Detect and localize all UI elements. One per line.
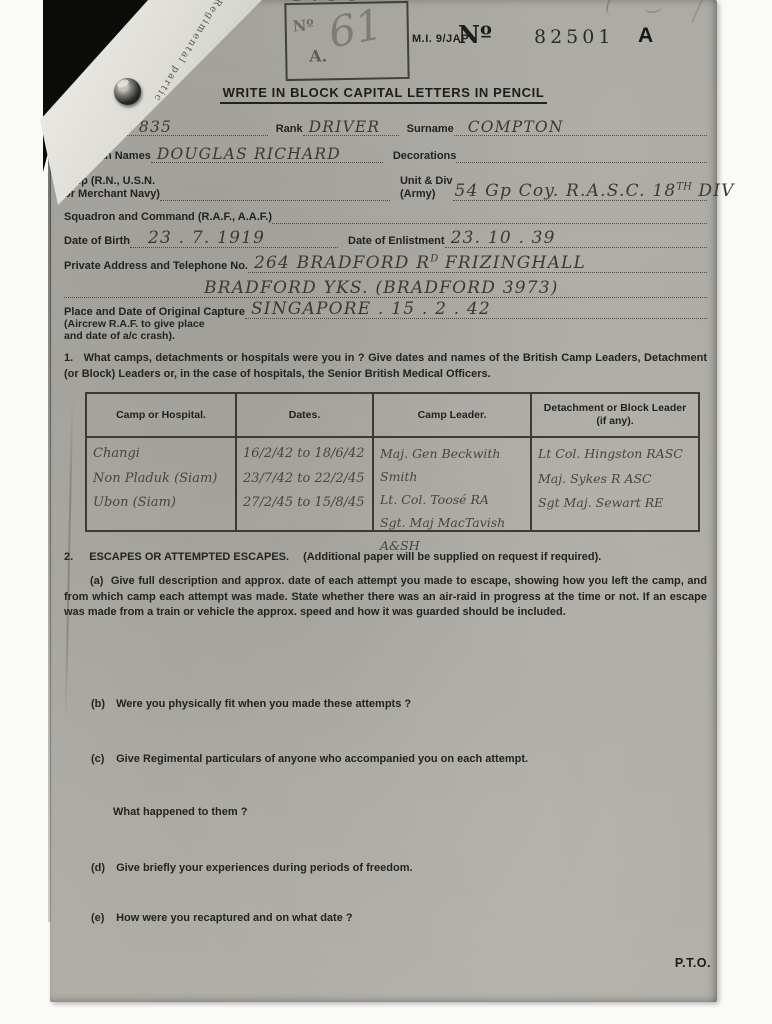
- dates-cell: 16/2/42 to 18/6/42: [243, 442, 366, 467]
- enlistment-label: Date of Enlistment: [348, 235, 445, 248]
- address-field: 264 BRADFORD RD FRIZINGHALL: [248, 254, 707, 273]
- enlistment-value: 23. 10 . 39: [451, 228, 556, 248]
- pencil-mark: [643, 1, 662, 14]
- surname-field: COMPTON: [454, 117, 707, 136]
- number-stamp-box: Nº A. 61: [284, 1, 409, 81]
- question-2b-label: (b): [91, 698, 113, 710]
- question-1-text: What camps, detachments or hospitals wer…: [64, 352, 707, 380]
- camp-cell: Non Pladuk (Siam): [93, 467, 229, 492]
- dob-value: 23 . 7. 1919: [148, 228, 265, 248]
- dates-cell: 27/2/45 to 15/8/45: [243, 491, 366, 516]
- dob-label: Date of Birth: [64, 235, 130, 248]
- address-value-line2: BRADFORD YKS. (BRADFORD 3973): [204, 278, 559, 298]
- number-symbol: Nº: [458, 20, 492, 49]
- question-2d-text: Give briefly your experiences during per…: [116, 862, 412, 874]
- camp-cell: Ubon (Siam): [93, 491, 229, 516]
- decorations-field: [456, 144, 707, 163]
- pencil-number: 61: [325, 0, 387, 57]
- question-1: 1. What camps, detachments or hospitals …: [64, 351, 707, 382]
- capture-note-line2: and date of a/c crash).: [64, 330, 175, 343]
- address-field-line2: BRADFORD YKS. (BRADFORD 3973): [64, 279, 707, 298]
- stamp-a-label: A.: [309, 46, 327, 65]
- row-capture: Place and Date of Original Capture SINGA…: [64, 299, 707, 319]
- capture-note-line1: (Aircrew R.A.F. to give place: [64, 318, 205, 331]
- question-2d-label: (d): [91, 862, 113, 874]
- capture-value: SINGAPORE . 15 . 2 . 42: [251, 299, 491, 319]
- question-2b: (b) Were you physically fit when you mad…: [91, 698, 411, 710]
- unit-div-label: Unit & Div (Army): [400, 175, 453, 201]
- pencil-mark: [604, 0, 622, 18]
- rank-field: DRIVER: [303, 117, 399, 136]
- detachment-cell: Maj. Sykes R ASC: [538, 467, 692, 492]
- row-address: Private Address and Telephone No. 264 BR…: [64, 249, 707, 273]
- enlistment-field: 23. 10 . 39: [445, 229, 707, 248]
- detachment-column: Lt Col. Hingston RASC Maj. Sykes R ASC S…: [532, 438, 698, 530]
- question-2c-followup: What happened to them ?: [113, 806, 247, 818]
- row-dates: Date of Birth 23 . 7. 1919 Date of Enlis…: [64, 226, 707, 248]
- detachment-cell: Lt Col. Hingston RASC: [538, 442, 692, 467]
- address-label: Private Address and Telephone No.: [64, 260, 248, 273]
- rank-value: DRIVER: [309, 118, 381, 136]
- pto-label: P.T.O.: [675, 956, 711, 970]
- question-2-heading: ESCAPES OR ATTEMPTED ESCAPES.: [89, 551, 289, 563]
- question-2c-label: (c): [91, 753, 113, 765]
- row-address-line2: BRADFORD YKS. (BRADFORD 3973): [64, 276, 707, 298]
- paper-fastener-icon: [114, 78, 141, 105]
- leader-column: Maj. Gen Beckwith Smith Lt. Col. Toosé R…: [374, 438, 532, 530]
- question-2-note: (Additional paper will be supplied on re…: [303, 551, 601, 563]
- detachment-cell: Sgt Maj. Sewart RE: [538, 491, 692, 516]
- col-header-leader: Camp Leader.: [374, 394, 532, 438]
- question-2e: (e) How were you recaptured and on what …: [91, 912, 353, 924]
- question-2-heading-row: 2. ESCAPES OR ATTEMPTED ESCAPES. (Additi…: [64, 551, 707, 563]
- question-2a: (a) Give full description and approx. da…: [64, 574, 707, 621]
- camp-cell: Changi: [93, 442, 229, 467]
- address-value-line1: 264 BRADFORD RD FRIZINGHALL: [254, 253, 586, 273]
- fold-stamp-text: Regimental partic: [151, 0, 224, 104]
- col-header-dates: Dates.: [237, 394, 374, 438]
- capture-field: SINGAPORE . 15 . 2 . 42: [245, 300, 707, 319]
- serial-number: 82501: [534, 26, 614, 48]
- question-2c: (c) Give Regimental particulars of anyon…: [91, 753, 528, 765]
- question-2d: (d) Give briefly your experiences during…: [91, 862, 413, 874]
- unit-div-value: 54 Gp Coy. R.A.S.C. 18TH DIV: [455, 181, 735, 201]
- dates-column: 16/2/42 to 18/6/42 23/7/42 to 22/2/45 27…: [237, 438, 374, 530]
- leader-cell: Maj. Gen Beckwith Smith: [380, 442, 524, 488]
- leader-cell: Lt. Col. Toosé RA: [380, 488, 524, 511]
- stamp-no-label: Nº: [292, 16, 314, 35]
- question-2e-text: How were you recaptured and on what date…: [116, 912, 353, 924]
- series-letter: A: [638, 24, 653, 48]
- question-2a-text: Give full description and approx. date o…: [64, 575, 707, 618]
- rank-label: Rank: [276, 123, 303, 136]
- dates-cell: 23/7/42 to 22/2/45: [243, 467, 366, 492]
- question-2c-text: Give Regimental particulars of anyone wh…: [116, 753, 528, 765]
- unit-div-field: 54 Gp Coy. R.A.S.C. 18TH DIV: [453, 182, 707, 201]
- question-2-number: 2.: [64, 551, 73, 563]
- dob-field: 23 . 7. 1919: [130, 229, 338, 248]
- surname-value: COMPTON: [468, 118, 564, 136]
- question-2b-text: Were you physically fit when you made th…: [116, 698, 411, 710]
- folded-corner: Regimental partic: [28, 0, 278, 225]
- decorations-label: Decorations: [393, 150, 457, 163]
- question-2c-followup-text: What happened to them ?: [113, 806, 247, 818]
- squadron-field: [272, 205, 707, 224]
- surname-label: Surname: [407, 123, 454, 136]
- question-1-number: 1.: [64, 352, 73, 364]
- col-header-detachment: Detachment or Block Leader (if any).: [532, 394, 698, 438]
- pencil-mark: [691, 0, 703, 23]
- question-2e-label: (e): [91, 912, 113, 924]
- camp-column: Changi Non Pladuk (Siam) Ubon (Siam): [87, 438, 237, 530]
- col-header-camp: Camp or Hospital.: [87, 394, 237, 438]
- camps-table: Camp or Hospital. Dates. Camp Leader. De…: [85, 392, 700, 532]
- question-2a-label: (a): [90, 575, 103, 587]
